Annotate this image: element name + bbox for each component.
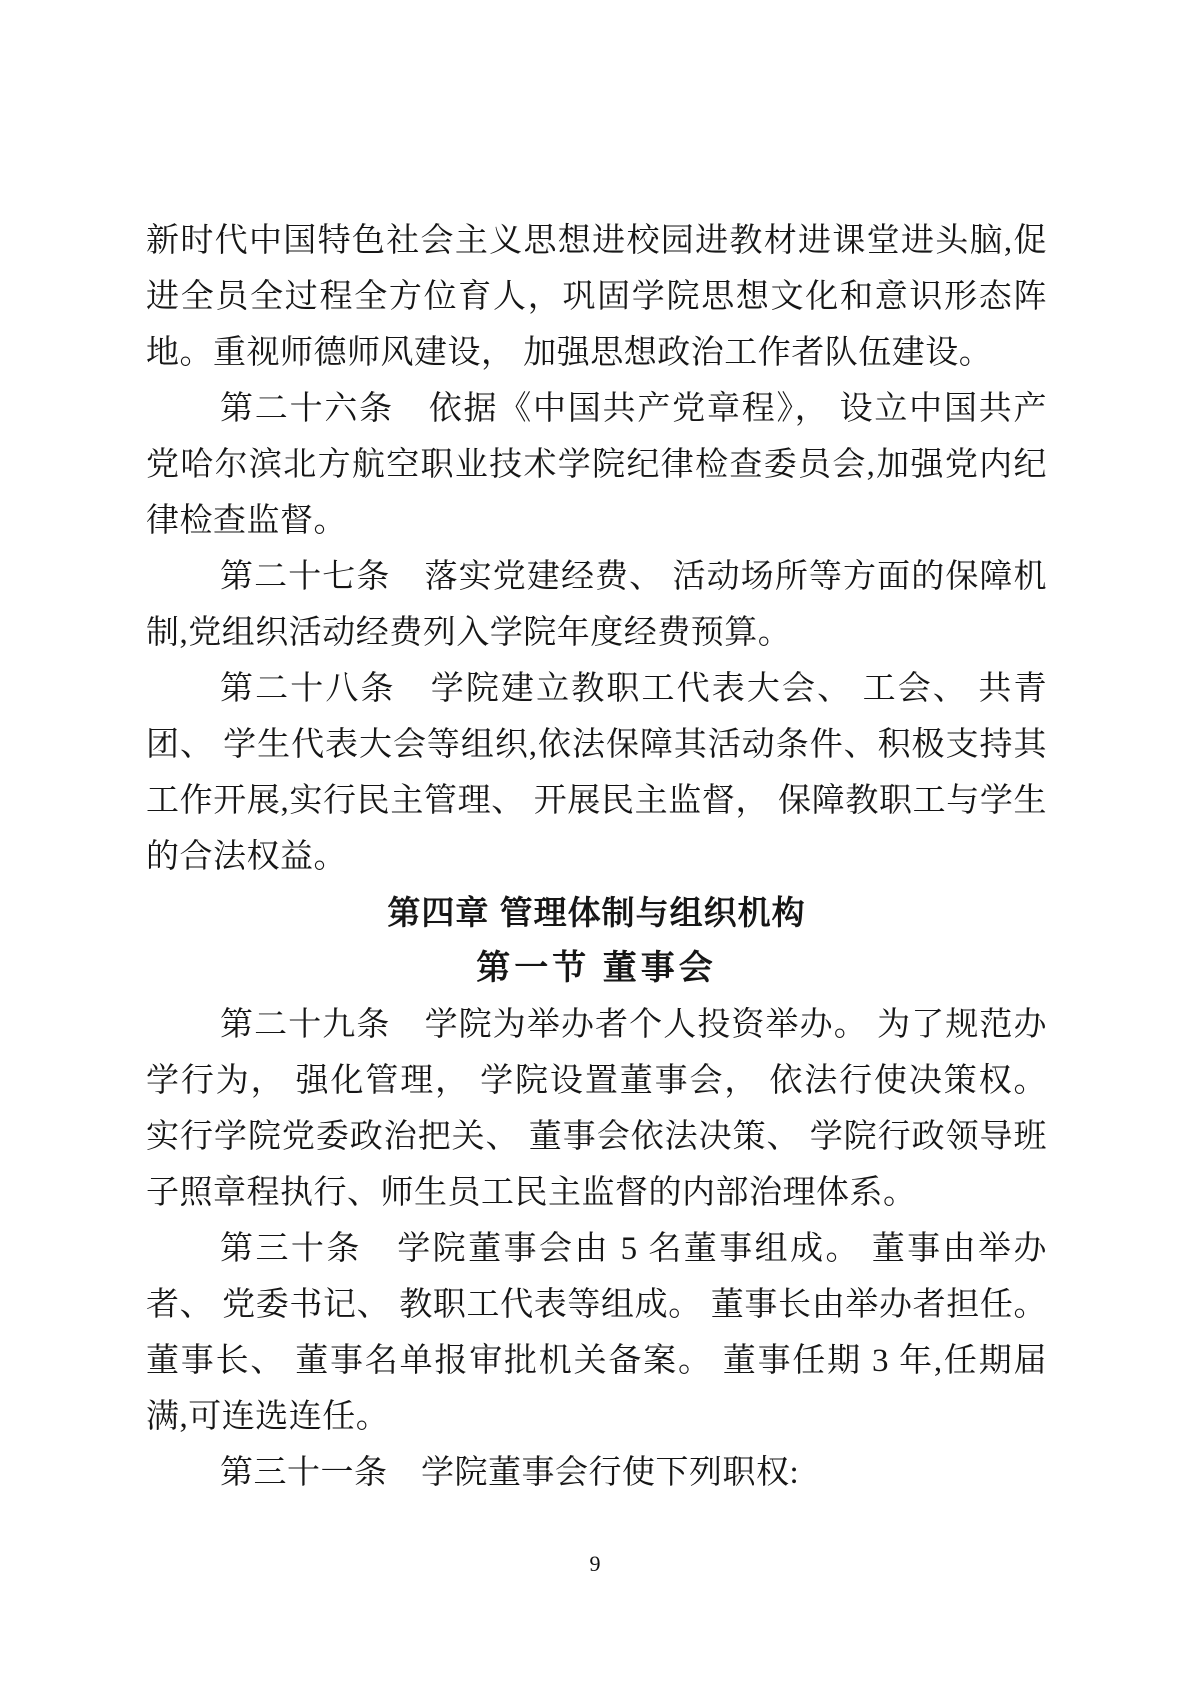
body-paragraph-article-30: 第三十条 学院董事会由 5 名董事组成。 董事由举办者、 党委书记、 教职工代表…	[146, 1221, 1047, 1445]
document-page: 新时代中国特色社会主义思想进校园进教材进课堂进头脑,促进全员全过程全方位育人，巩…	[0, 0, 1190, 1683]
body-paragraph-article-28: 第二十八条 学院建立教职工代表大会、 工会、 共青团、 学生代表大会等组织,依法…	[146, 661, 1047, 885]
page-number: 9	[0, 1550, 1190, 1578]
body-paragraph-continuation: 新时代中国特色社会主义思想进校园进教材进课堂进头脑,促进全员全过程全方位育人，巩…	[146, 213, 1047, 381]
body-paragraph-article-27: 第二十七条 落实党建经费、 活动场所等方面的保障机制,党组织活动经费列入学院年度…	[146, 549, 1047, 661]
section-heading: 第一节 董事会	[146, 941, 1047, 997]
document-body: 新时代中国特色社会主义思想进校园进教材进课堂进头脑,促进全员全过程全方位育人，巩…	[146, 213, 1047, 1501]
chapter-heading: 第四章 管理体制与组织机构	[146, 885, 1047, 941]
body-paragraph-article-31: 第三十一条 学院董事会行使下列职权:	[146, 1445, 1047, 1501]
body-paragraph-article-29: 第二十九条 学院为举办者个人投资举办。 为了规范办学行为， 强化管理， 学院设置…	[146, 997, 1047, 1221]
body-paragraph-article-26: 第二十六条 依据《中国共产党章程》， 设立中国共产党哈尔滨北方航空职业技术学院纪…	[146, 381, 1047, 549]
